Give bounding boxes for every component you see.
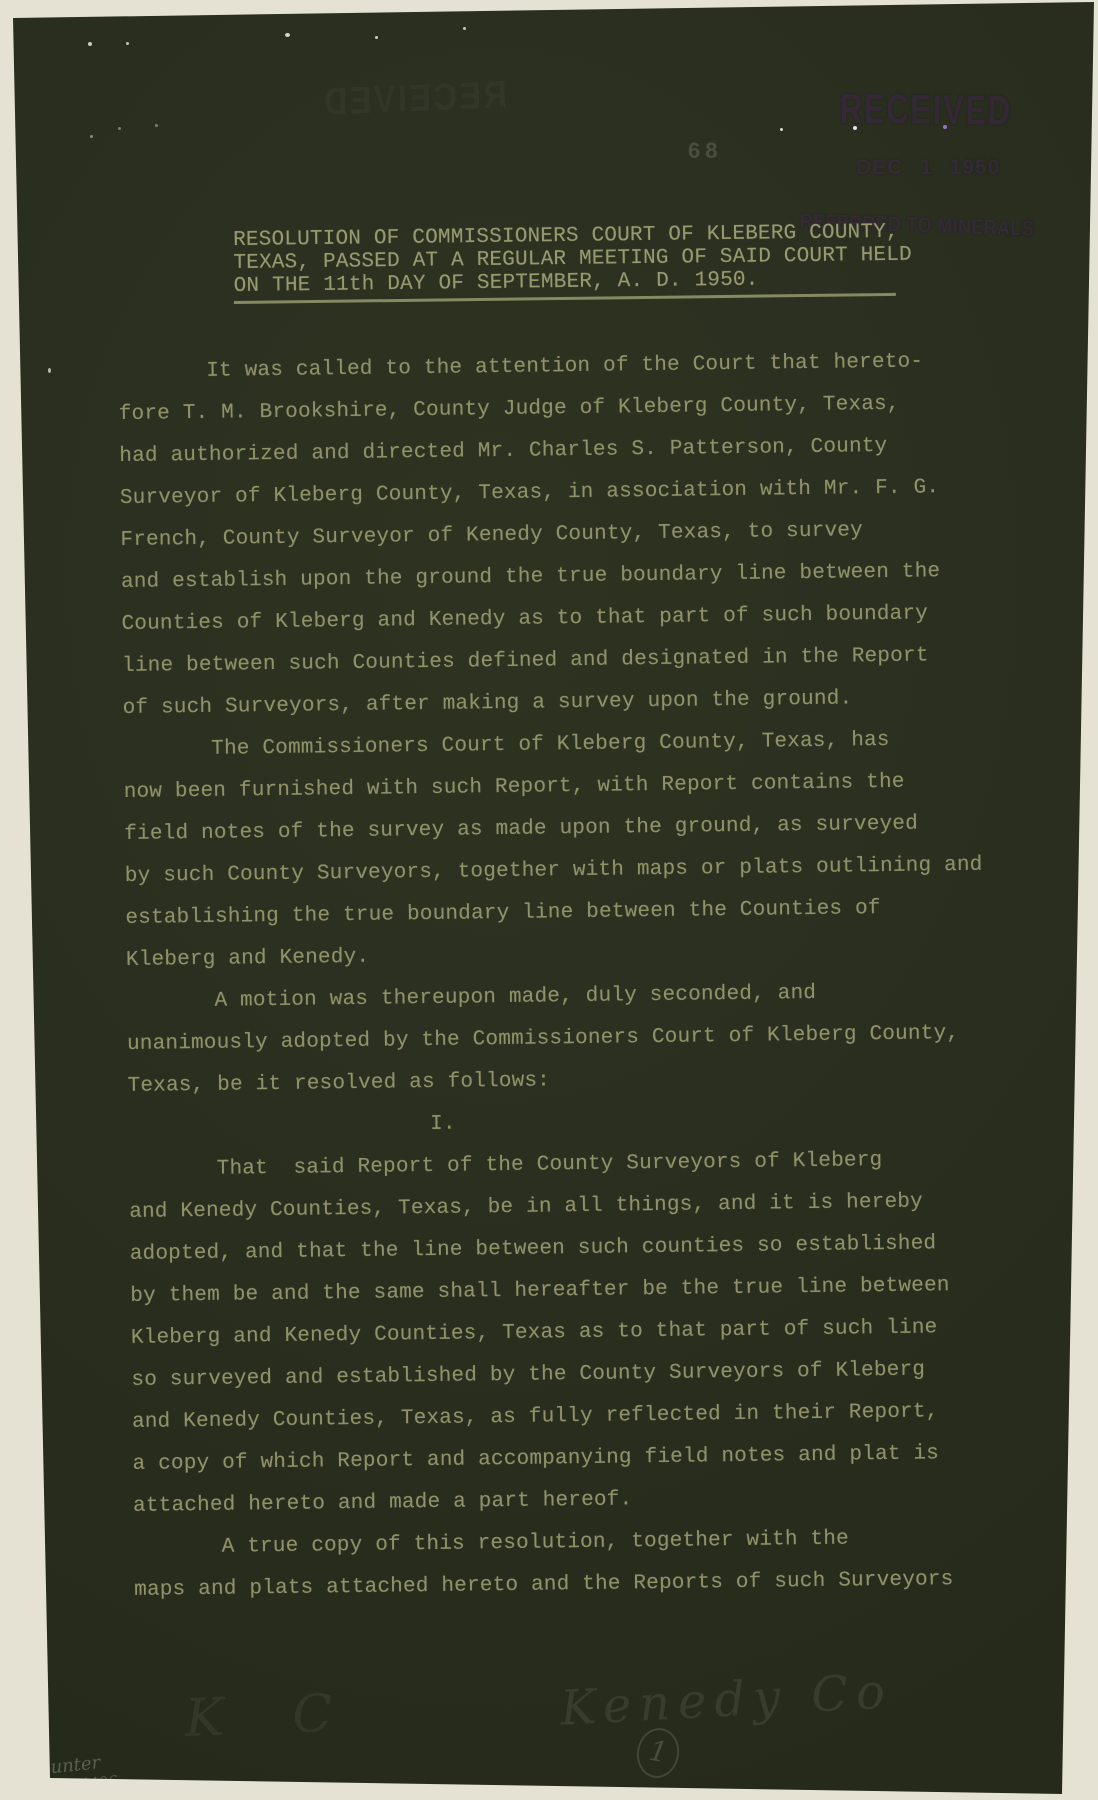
pencil-note-number: 24406	[69, 1772, 118, 1794]
paper-speck	[48, 368, 51, 373]
pencil-squiggle: K C	[184, 1683, 359, 1749]
paper-speck	[126, 42, 129, 45]
paper-speck	[853, 126, 857, 130]
received-stamp-ghost: RECEIVED	[321, 74, 508, 125]
paper-speck	[375, 36, 378, 39]
page-content: RECEIVED RECEIVED DEC 1 1950 REFERRED TO…	[0, 0, 1098, 1800]
paper-speck	[463, 27, 466, 30]
received-stamp: RECEIVED	[840, 86, 1012, 135]
paper-speck	[90, 135, 93, 138]
scanned-document: RECEIVED RECEIVED DEC 1 1950 REFERRED TO…	[0, 0, 1098, 1800]
paper-speck	[285, 33, 290, 37]
date-received-stamp: DEC 1 1950	[856, 156, 1000, 180]
paper-sheet: RECEIVED RECEIVED DEC 1 1950 REFERRED TO…	[0, 0, 1098, 1800]
paper-speck	[118, 127, 121, 130]
paper-speck	[943, 125, 947, 129]
paper-speck	[780, 128, 783, 131]
faint-stamp-remnant: 68	[688, 138, 722, 164]
pencil-note-kenedy-co: Kenedy Co	[559, 1663, 895, 1736]
resolution-title: RESOLUTION OF COMMISSIONERS COURT OF KLE…	[233, 221, 896, 304]
circled-page-number: 1	[633, 1725, 683, 1782]
resolution-body: It was called to the attention of the Co…	[118, 341, 994, 1612]
paper-speck	[88, 42, 92, 46]
paper-speck	[155, 124, 158, 127]
